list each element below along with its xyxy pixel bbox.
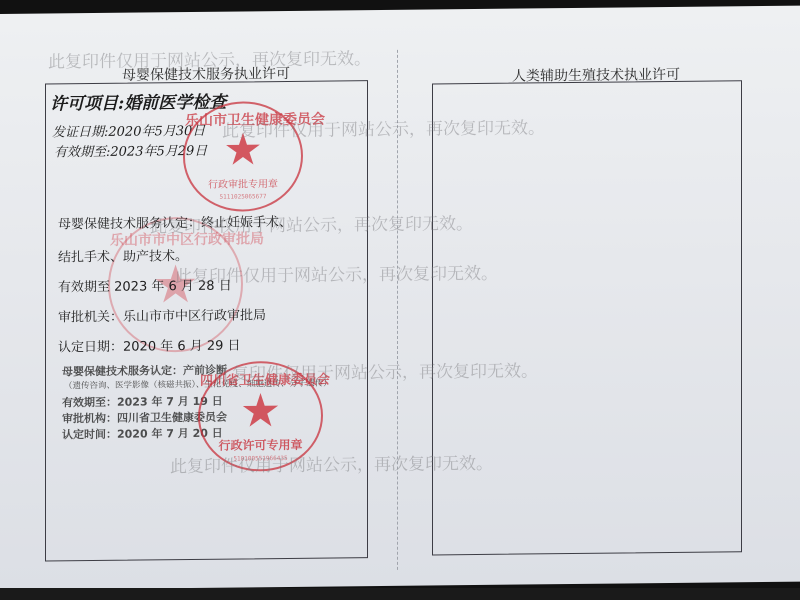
star-icon: ★ [223, 128, 262, 172]
handwritten-issue-date: 发证日期:2020年5月30日 [52, 120, 205, 141]
seal-name: 行政审批专用章 [185, 175, 301, 191]
seal-code: 510100551966435 [200, 455, 321, 463]
seal-code: 5111025065677 [185, 193, 301, 201]
background-edge [0, 588, 800, 600]
certification-valid-until: 有效期至 2023 年 6 月 28 日 [58, 275, 232, 296]
official-seal-provincial-commission: 四川省卫生健康委员会 ★ 行政许可专用章 510100551966435 [198, 361, 323, 472]
certification-line-1: 母婴保健技术服务认定：终止妊娠手术、 [58, 211, 292, 232]
star-icon: ★ [240, 387, 281, 433]
official-seal-health-commission: 乐山市卫生健康委员会 ★ 行政审批专用章 5111025065677 [183, 101, 303, 212]
fold-line [397, 50, 398, 570]
certification-authority: 审批机关：乐山市市中区行政审批局 [58, 304, 266, 325]
seal-name: 行政许可专用章 [200, 436, 321, 454]
certification-approval-date: 认定日期：2020 年 6 月 29 日 [58, 334, 241, 355]
certification-line-2: 结扎手术、助产技术。 [58, 245, 188, 265]
document-page: 母婴保健技术服务执业许可 许可项目:婚前医学检查 发证日期:2020年5月30日… [0, 6, 800, 590]
right-panel-box [432, 80, 742, 555]
